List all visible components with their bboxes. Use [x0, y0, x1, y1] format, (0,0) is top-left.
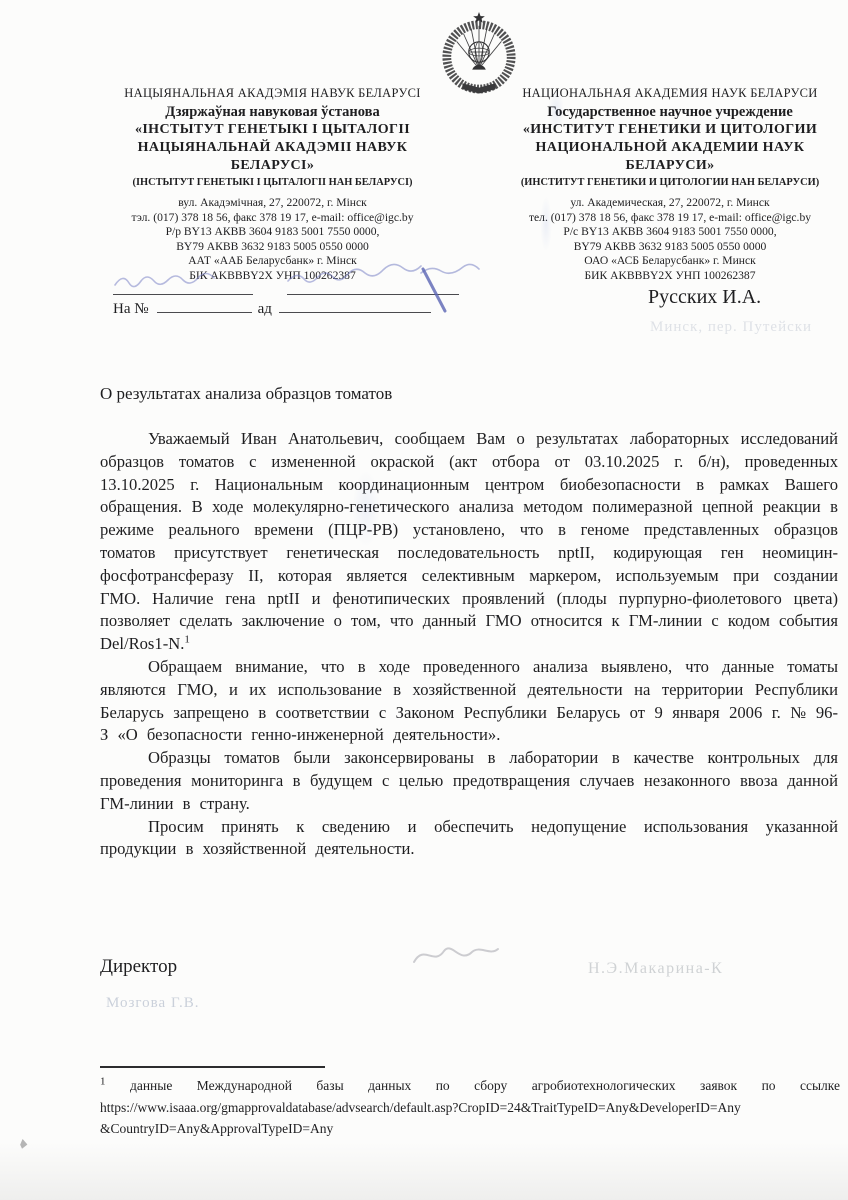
letterhead-belarusian-column: НАЦЫЯНАЛЬНАЯ АКАДЭМІЯ НАВУК БЕЛАРУСІ Дзя…	[100, 85, 445, 284]
signer-title: Директор	[100, 956, 177, 978]
org-name-line: «ИНСТИТУТ ГЕНЕТИКИ И ЦИТОЛОГИИ	[495, 121, 845, 139]
faint-signature	[408, 942, 503, 970]
footnote-text: 1 данные Международной базы данных по сб…	[100, 1075, 840, 1097]
org-name-line: «ІНСТЫТУТ ГЕНЕТЫКІ І ЦЫТАЛОГІІ	[100, 121, 445, 139]
letter-body: Уважаемый Иван Анатольевич, сообщаем Вам…	[100, 428, 838, 861]
body-paragraph-1: Уважаемый Иван Анатольевич, сообщаем Вам…	[100, 428, 838, 656]
account-line: Р/с BY13 АКВВ 3604 9183 5001 7550 0000,	[495, 225, 845, 240]
org-type: Дзяржаўная навуковая ўстанова	[100, 103, 445, 121]
footnote-url-line: https://www.isaaa.org/gmapprovaldatabase…	[100, 1097, 840, 1119]
org-type: Государственное научное учреждение	[495, 103, 845, 121]
scanned-letter-page: НАЦЫЯНАЛЬНАЯ АКАДЭМІЯ НАВУК БЕЛАРУСІ Дзя…	[0, 0, 848, 1200]
org-name-line: БЕЛАРУСІ»	[100, 157, 445, 175]
codes-line: БИК AKBBBY2X УНП 100262387	[495, 269, 845, 284]
reference-date-blank	[279, 299, 431, 313]
faint-contact-name: Мозгова Г.В.	[106, 995, 199, 1012]
scan-shadow	[0, 1142, 848, 1200]
account-line: BY79 АКВВ 3632 9183 5005 0550 0000	[495, 240, 845, 255]
contacts-line: тел. (017) 378 18 56, факс 378 19 17, e-…	[495, 211, 845, 226]
footnote-mark: 1	[100, 1076, 106, 1088]
reference-line: На №ад	[113, 299, 431, 318]
account-line: BY79 АКВВ 3632 9183 5005 0550 0000	[100, 240, 445, 255]
org-short-name: (ИНСТИТУТ ГЕНЕТИКИ И ЦИТОЛОГИИ НАН БЕЛАР…	[495, 176, 845, 190]
org-name-line: НАЦИОНАЛЬНОЙ АКАДЕМИИ НАУК	[495, 139, 845, 157]
faint-signer-name: Н.Э.Макарина-К	[588, 960, 723, 978]
org-name-line: БЕЛАРУСИ»	[495, 157, 845, 175]
paragraph-text: Уважаемый Иван Анатольевич, сообщаем Вам…	[100, 429, 838, 653]
bleed-through-text: Минск, пер. Путейски	[650, 319, 812, 336]
footnote-separator	[100, 1066, 325, 1068]
footnote-text-line: данные Международной базы данных по сбор…	[130, 1078, 840, 1093]
body-paragraph-2: Обращаем внимание, что в ходе проведенно…	[100, 656, 838, 747]
academy-title: НАЦИОНАЛЬНАЯ АКАДЕМИЯ НАУК БЕЛАРУСИ	[495, 85, 845, 101]
contacts-line: тэл. (017) 378 18 56, факс 378 19 17, e-…	[100, 211, 445, 226]
account-line: Р/р BY13 АКВВ 3604 9183 5001 7550 0000,	[100, 225, 445, 240]
subject-line: О результатах анализа образцов томатов	[100, 384, 392, 404]
reference-number-blank	[157, 299, 252, 313]
footnote: 1 данные Международной базы данных по сб…	[100, 1075, 840, 1140]
academy-title: НАЦЫЯНАЛЬНАЯ АКАДЭМІЯ НАВУК БЕЛАРУСІ	[100, 85, 445, 101]
na-number-label: На №	[113, 301, 149, 317]
recipient-name: Русских И.А.	[648, 286, 761, 309]
letterhead-russian-column: НАЦИОНАЛЬНАЯ АКАДЕМИЯ НАУК БЕЛАРУСИ Госу…	[495, 85, 845, 284]
footnote-reference-mark: 1	[184, 634, 190, 646]
belarus-coat-of-arms-icon	[440, 12, 518, 94]
org-name-line: НАЦЫЯНАЛЬНАЙ АКАДЭМІІ НАВУК	[100, 139, 445, 157]
body-paragraph-4: Просим принять к сведению и обеспечить н…	[100, 816, 838, 862]
bank-line: ОАО «АСБ Беларусбанк» г. Минск	[495, 254, 845, 269]
footnote-url-line: &CountryID=Any&ApprovalTypeID=Any	[100, 1118, 840, 1140]
ad-label: ад	[258, 301, 272, 317]
letterhead: НАЦЫЯНАЛЬНАЯ АКАДЭМІЯ НАВУК БЕЛАРУСІ Дзя…	[100, 85, 845, 284]
body-paragraph-3: Образцы томатов были законсервированы в …	[100, 747, 838, 815]
org-short-name: (ІНСТЫТУТ ГЕНЕТЫКІ І ЦЫТАЛОГІІ НАН БЕЛАР…	[100, 176, 445, 190]
address-line: ул. Академическая, 27, 220072, г. Минск	[495, 196, 845, 211]
address-line: вул. Акадэмічная, 27, 220072, г. Мінск	[100, 196, 445, 211]
